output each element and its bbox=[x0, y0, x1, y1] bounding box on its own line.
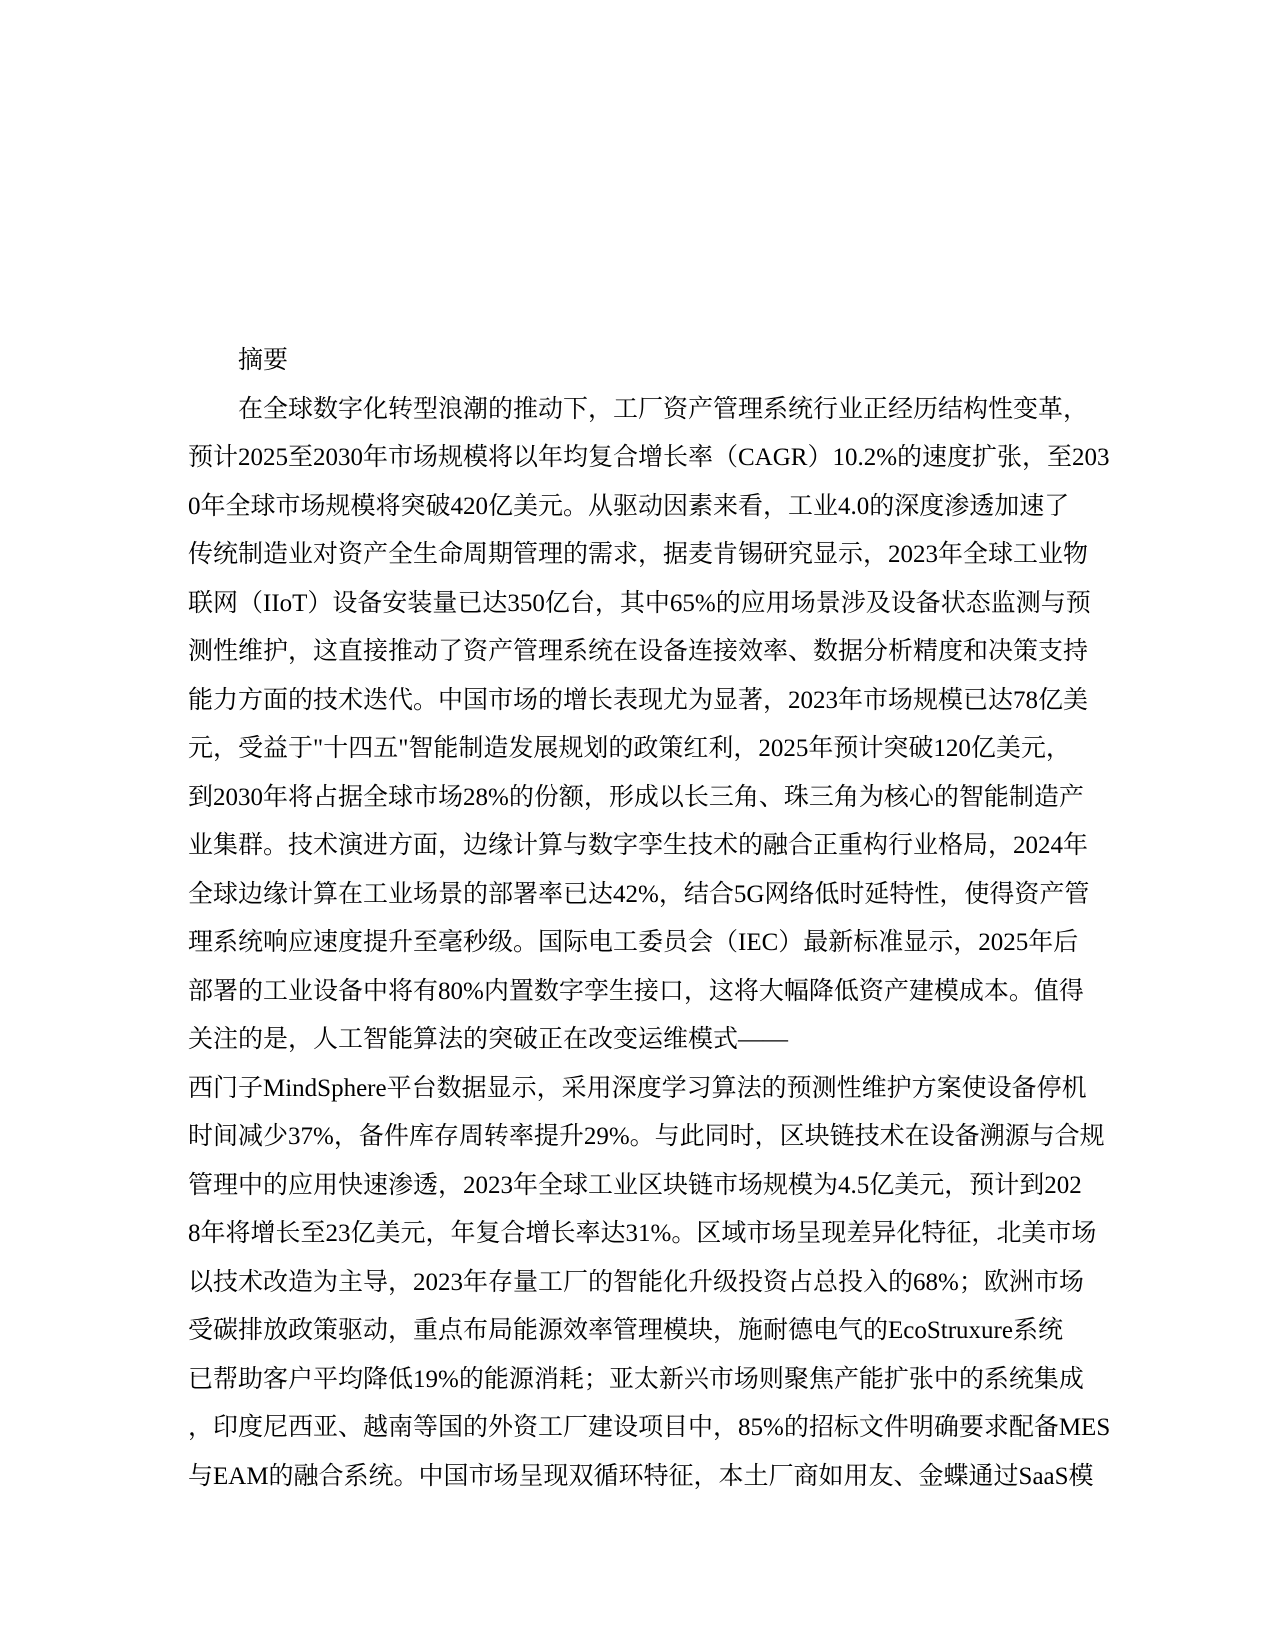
paragraph-line: ，印度尼西亚、越南等国的外资工厂建设项目中，85%的招标文件明确要求配备MES bbox=[188, 1404, 1088, 1453]
abstract-heading: 摘要 bbox=[188, 337, 1088, 386]
paragraph-line: 能力方面的技术迭代。中国市场的增长表现尤为显著，2023年市场规模已达78亿美 bbox=[188, 677, 1088, 726]
paragraph-line: 业集群。技术演进方面，边缘计算与数字孪生技术的融合正重构行业格局，2024年 bbox=[188, 822, 1088, 871]
paragraph-line: 传统制造业对资产全生命周期管理的需求，据麦肯锡研究显示，2023年全球工业物 bbox=[188, 531, 1088, 580]
paragraph-line: 测性维护，这直接推动了资产管理系统在设备连接效率、数据分析精度和决策支持 bbox=[188, 628, 1088, 677]
paragraph-line: 受碳排放政策驱动，重点布局能源效率管理模块，施耐德电气的EcoStruxure系… bbox=[188, 1307, 1088, 1356]
document-page: 摘要 在全球数字化转型浪潮的推动下，工厂资产管理系统行业正经历结构性变革，预计2… bbox=[0, 0, 1275, 1650]
abstract-paragraph: 在全球数字化转型浪潮的推动下，工厂资产管理系统行业正经历结构性变革，预计2025… bbox=[188, 386, 1088, 1502]
paragraph-line: 元，受益于"十四五"智能制造发展规划的政策红利，2025年预计突破120亿美元， bbox=[188, 725, 1088, 774]
paragraph-line: 8年将增长至23亿美元，年复合增长率达31%。区域市场呈现差异化特征，北美市场 bbox=[188, 1210, 1088, 1259]
abstract-section: 摘要 在全球数字化转型浪潮的推动下，工厂资产管理系统行业正经历结构性变革，预计2… bbox=[188, 337, 1088, 1501]
paragraph-line: 时间减少37%，备件库存周转率提升29%。与此同时，区块链技术在设备溯源与合规 bbox=[188, 1113, 1088, 1162]
paragraph-line: 与EAM的融合系统。中国市场呈现双循环特征，本土厂商如用友、金蝶通过SaaS模 bbox=[188, 1453, 1088, 1502]
paragraph-line: 理系统响应速度提升至毫秒级。国际电工委员会（IEC）最新标准显示，2025年后 bbox=[188, 919, 1088, 968]
paragraph-line: 已帮助客户平均降低19%的能源消耗；亚太新兴市场则聚焦产能扩张中的系统集成 bbox=[188, 1356, 1088, 1405]
paragraph-line: 以技术改造为主导，2023年存量工厂的智能化升级投资占总投入的68%；欧洲市场 bbox=[188, 1259, 1088, 1308]
paragraph-line: 关注的是，人工智能算法的突破正在改变运维模式—— bbox=[188, 1016, 1088, 1065]
paragraph-line: 西门子MindSphere平台数据显示，采用深度学习算法的预测性维护方案使设备停… bbox=[188, 1065, 1088, 1114]
paragraph-line: 联网（IIoT）设备安装量已达350亿台，其中65%的应用场景涉及设备状态监测与… bbox=[188, 580, 1088, 629]
paragraph-line: 预计2025至2030年市场规模将以年均复合增长率（CAGR）10.2%的速度扩… bbox=[188, 434, 1088, 483]
paragraph-line: 0年全球市场规模将突破420亿美元。从驱动因素来看，工业4.0的深度渗透加速了 bbox=[188, 483, 1088, 532]
paragraph-line: 在全球数字化转型浪潮的推动下，工厂资产管理系统行业正经历结构性变革， bbox=[188, 386, 1088, 435]
paragraph-line: 全球边缘计算在工业场景的部署率已达42%，结合5G网络低时延特性，使得资产管 bbox=[188, 871, 1088, 920]
paragraph-line: 管理中的应用快速渗透，2023年全球工业区块链市场规模为4.5亿美元，预计到20… bbox=[188, 1162, 1088, 1211]
paragraph-line: 到2030年将占据全球市场28%的份额，形成以长三角、珠三角为核心的智能制造产 bbox=[188, 774, 1088, 823]
paragraph-line: 部署的工业设备中将有80%内置数字孪生接口，这将大幅降低资产建模成本。值得 bbox=[188, 968, 1088, 1017]
